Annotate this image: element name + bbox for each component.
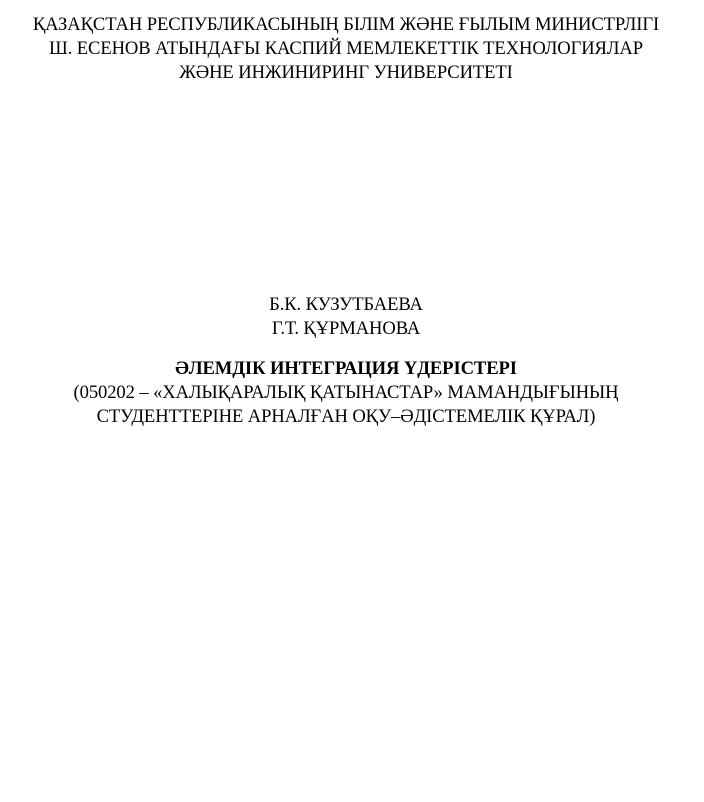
author-name: Б.К. КУЗУТБАЕВА [0,293,692,317]
document-title: ӘЛЕМДІК ИНТЕГРАЦИЯ ҮДЕРІСТЕРІ [0,357,692,381]
ministry-university-header: ҚАЗАҚСТАН РЕСПУБЛИКАСЫНЫҢ БІЛІМ ЖӘНЕ ҒЫЛ… [0,13,692,85]
header-line-university-name: Ш. ЕСЕНОВ АТЫНДАҒЫ КАСПИЙ МЕМЛЕКЕТТІК ТЕ… [0,37,692,61]
document-subtitle-line: СТУДЕНТТЕРІНЕ АРНАЛҒАН ОҚУ–ӘДІСТЕМЕЛІК Қ… [0,405,692,429]
header-line-university-type: ЖӘНЕ ИНЖИНИРИНГ УНИВЕРСИТЕТІ [0,61,692,85]
header-line-ministry: ҚАЗАҚСТАН РЕСПУБЛИКАСЫНЫҢ БІЛІМ ЖӘНЕ ҒЫЛ… [0,13,692,37]
document-page: ҚАЗАҚСТАН РЕСПУБЛИКАСЫНЫҢ БІЛІМ ЖӘНЕ ҒЫЛ… [0,0,692,802]
document-title-block: ӘЛЕМДІК ИНТЕГРАЦИЯ ҮДЕРІСТЕРІ (050202 – … [0,357,692,429]
document-subtitle-line: (050202 – «ХАЛЫҚАРАЛЫҚ ҚАТЫНАСТАР» МАМАН… [0,381,692,405]
author-name: Г.Т. ҚҰРМАНОВА [0,317,692,341]
authors: Б.К. КУЗУТБАЕВА Г.Т. ҚҰРМАНОВА [0,293,692,341]
